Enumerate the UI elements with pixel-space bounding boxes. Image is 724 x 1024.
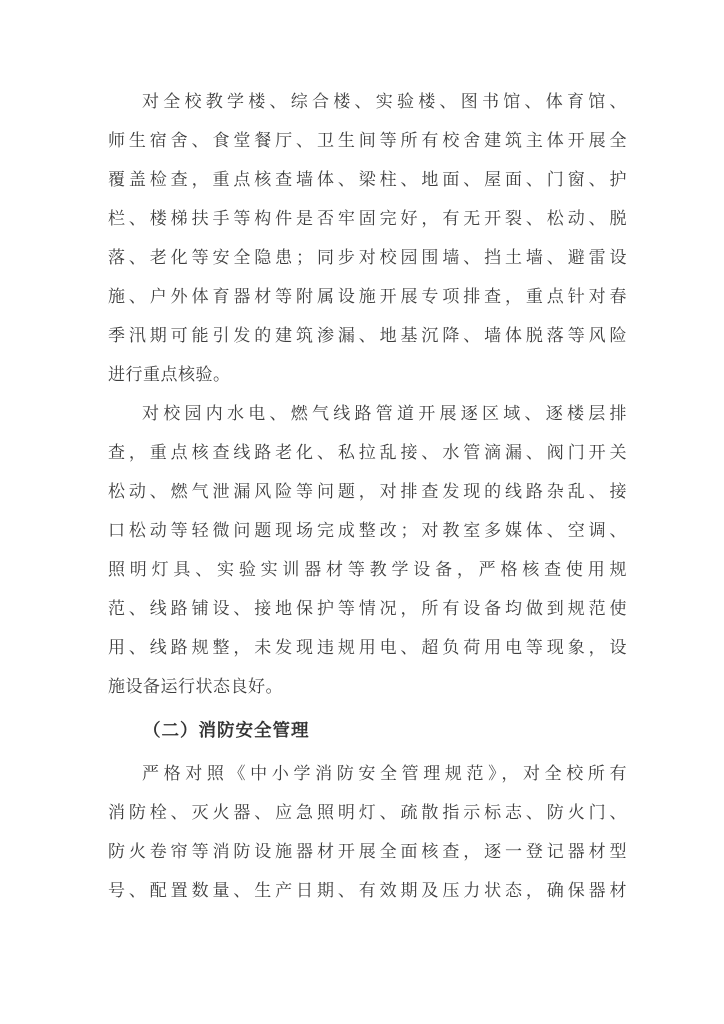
paragraph-fire-equipment: 严格对照《中小学消防安全管理规范》，对全校所有 消防栓、灭火器、应急照明灯、疏散…: [108, 754, 627, 910]
paragraph-line: 口松动等轻微问题现场完成整改；对教室多媒体、空调、: [108, 511, 627, 550]
paragraph-line: 施、户外体育器材等附属设施开展专项排查，重点针对春: [108, 277, 627, 316]
paragraph-line: 落、老化等安全隐患；同步对校园围墙、挡土墙、避雷设: [108, 238, 627, 277]
paragraph-line: 范、线路铺设、接地保护等情况，所有设备均做到规范使: [108, 589, 627, 628]
paragraph-line: 用、线路规整，未发现违规用电、超负荷用电等现象，设: [108, 628, 627, 667]
paragraph-line: 栏、楼梯扶手等构件是否牢固完好，有无开裂、松动、脱: [108, 199, 627, 238]
paragraph-line: 松动、燃气泄漏风险等问题，对排查发现的线路杂乱、接: [108, 472, 627, 511]
paragraph-line: 施设备运行状态良好。: [108, 667, 627, 706]
paragraph-building-safety: 对全校教学楼、综合楼、实验楼、图书馆、体育馆、 师生宿舍、食堂餐厅、卫生间等所有…: [108, 82, 627, 394]
paragraph-line: 进行重点核验。: [108, 355, 627, 394]
document-page: 对全校教学楼、综合楼、实验楼、图书馆、体育馆、 师生宿舍、食堂餐厅、卫生间等所有…: [0, 0, 724, 1024]
paragraph-line: 对全校教学楼、综合楼、实验楼、图书馆、体育馆、: [108, 82, 627, 121]
paragraph-utilities-equipment: 对校园内水电、燃气线路管道开展逐区域、逐楼层排 查，重点核查线路老化、私拉乱接、…: [108, 394, 627, 706]
paragraph-line: 防火卷帘等消防设施器材开展全面核查，逐一登记器材型: [108, 832, 627, 871]
paragraph-line: 季汛期可能引发的建筑渗漏、地基沉降、墙体脱落等风险: [108, 316, 627, 355]
paragraph-line: 消防栓、灭火器、应急照明灯、疏散指示标志、防火门、: [108, 793, 627, 832]
paragraph-line: 对校园内水电、燃气线路管道开展逐区域、逐楼层排: [108, 394, 627, 433]
section-heading-fire-safety: （二）消防安全管理: [108, 711, 627, 750]
paragraph-line: 查，重点核查线路老化、私拉乱接、水管滴漏、阀门开关: [108, 433, 627, 472]
paragraph-line: 严格对照《中小学消防安全管理规范》，对全校所有: [108, 754, 627, 793]
paragraph-line: 覆盖检查，重点核查墙体、梁柱、地面、屋面、门窗、护: [108, 160, 627, 199]
paragraph-line: 号、配置数量、生产日期、有效期及压力状态，确保器材: [108, 871, 627, 910]
paragraph-line: 师生宿舍、食堂餐厅、卫生间等所有校舍建筑主体开展全: [108, 121, 627, 160]
paragraph-line: 照明灯具、实验实训器材等教学设备，严格核查使用规: [108, 550, 627, 589]
